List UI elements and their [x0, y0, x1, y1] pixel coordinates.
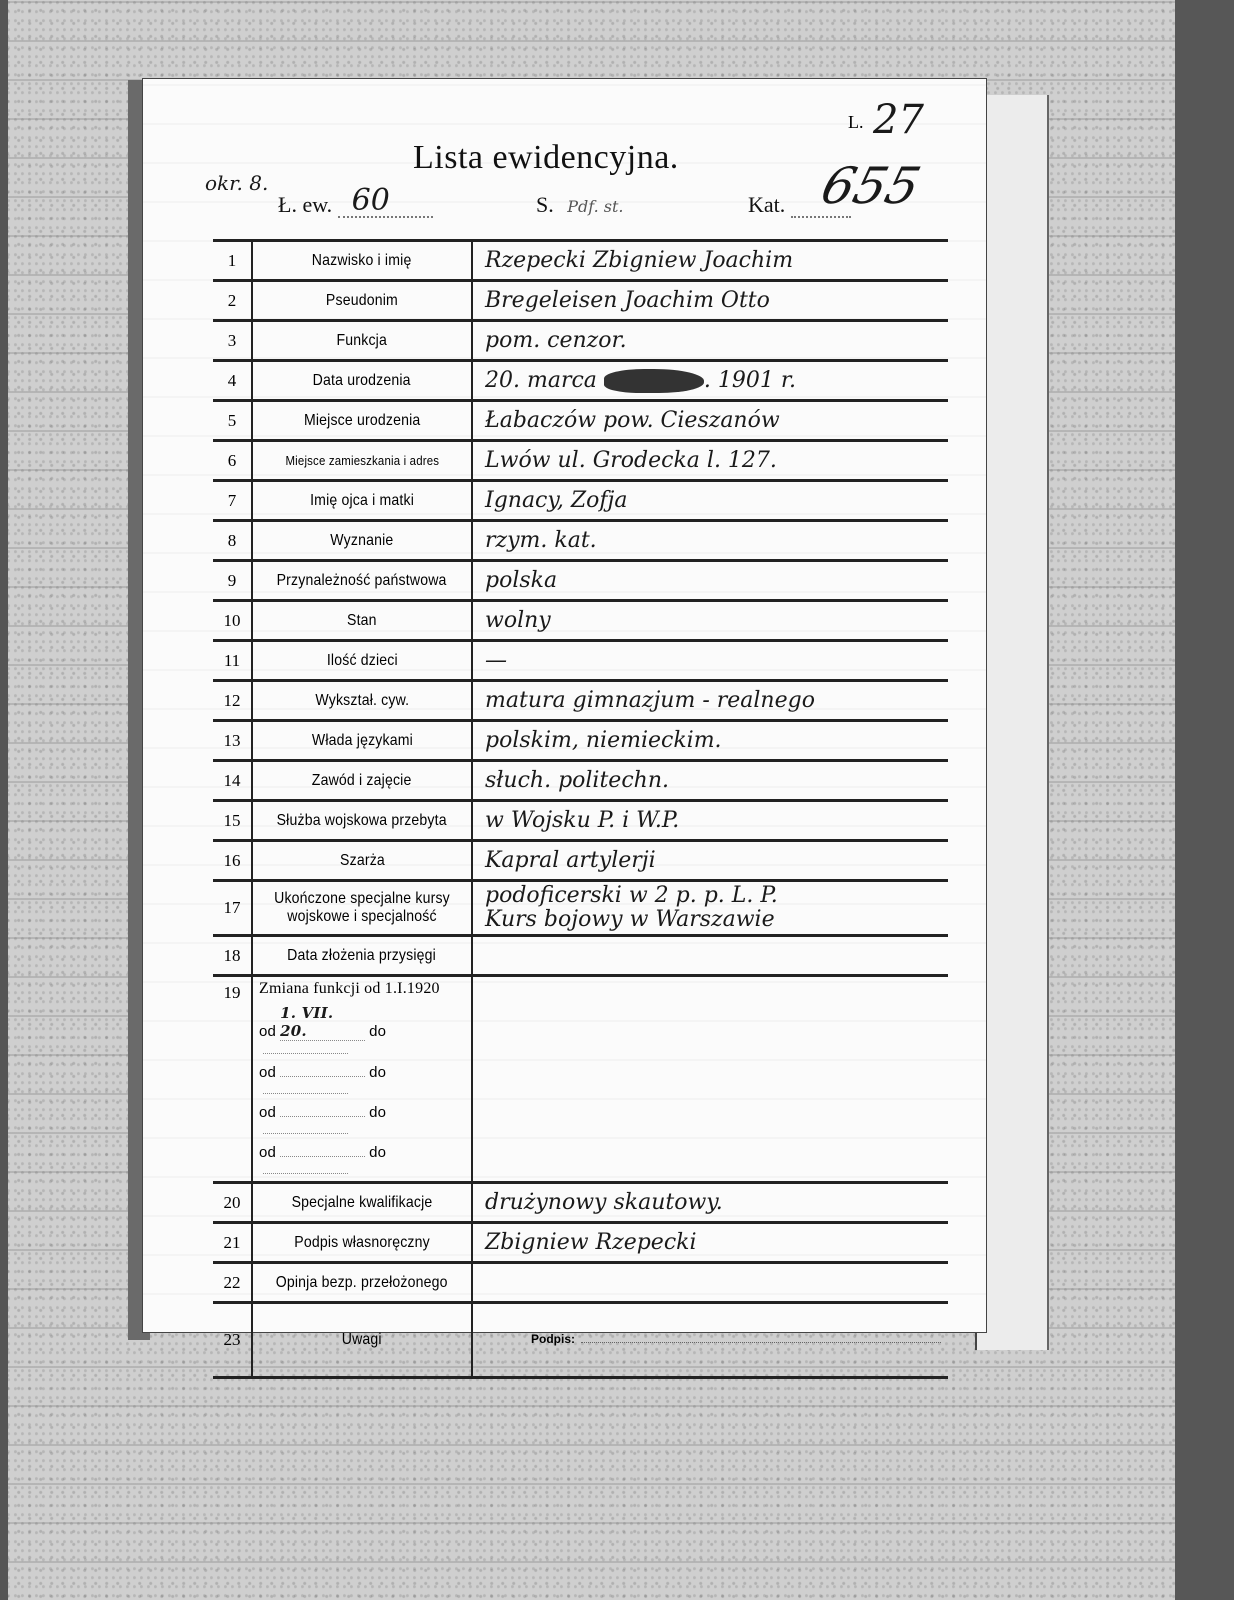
row-value: Bregeleisen Joachim Otto	[472, 281, 948, 321]
form-row: 1Nazwisko i imięRzepecki Zbigniew Joachi…	[213, 241, 948, 281]
row-label-text: Włada językami	[311, 732, 412, 750]
row-label-text: Służba wojskowa przebyta	[277, 812, 447, 830]
do-label: do	[369, 1023, 386, 1040]
row-number: 11	[213, 641, 252, 681]
do-label: do	[369, 1144, 386, 1161]
form-row: 7Imię ojca i matkiIgnacy, Zofja	[213, 481, 948, 521]
row-number: 12	[213, 681, 252, 721]
row-label: Podpis własnoręczny	[252, 1223, 472, 1263]
row-label: Wykształ. cyw.	[252, 681, 472, 721]
row-label: Stan	[252, 601, 472, 641]
value-line: Kurs bojowy w Warszawie	[485, 908, 948, 932]
row-label: Zmiana funkcji od 1.I.1920od1. VII. 20.d…	[252, 976, 472, 1183]
row-label-text: Wyznanie	[330, 532, 393, 550]
row-number: 7	[213, 481, 252, 521]
row-label-text: Data urodzenia	[313, 372, 411, 390]
row-value: podoficerski w 2 p. p. L. P.Kurs bojowy …	[472, 881, 948, 936]
period-row: od1. VII. 20.do	[253, 1001, 471, 1061]
form-row: 5Miejsce urodzeniaŁabaczów pow. Cieszanó…	[213, 401, 948, 441]
row-number: 20	[213, 1183, 252, 1223]
row-number: 10	[213, 601, 252, 641]
row-label: Włada językami	[252, 721, 472, 761]
row-label: Ilość dzieci	[252, 641, 472, 681]
row-value: słuch. politechn.	[472, 761, 948, 801]
record-sheet: L. 27 Lista ewidencyjna. okr. 8. Ł. ew. …	[142, 78, 987, 1333]
form-row: 8Wyznanierzym. kat.	[213, 521, 948, 561]
row-number: 6	[213, 441, 252, 481]
row-value: —	[472, 641, 948, 681]
row-label: Służba wojskowa przebyta	[252, 801, 472, 841]
period-row: oddo	[253, 1061, 471, 1101]
row-value: wolny	[472, 601, 948, 641]
row-value: w Wojsku P. i W.P.	[472, 801, 948, 841]
row-number: 3	[213, 321, 252, 361]
lew-label: Ł. ew.	[278, 192, 332, 217]
row-label-text: Miejsce zamieszkania i adres	[285, 453, 439, 468]
row-number: 9	[213, 561, 252, 601]
row-label: Imię ojca i matki	[252, 481, 472, 521]
row-value	[472, 936, 948, 976]
row-label-text: Uwagi	[342, 1331, 382, 1349]
row-label-text: Szarża	[340, 852, 385, 870]
l-value: 27	[873, 97, 924, 143]
row-label: Specjalne kwalifikacje	[252, 1183, 472, 1223]
form-row: 6Miejsce zamieszkania i adresLwów ul. Gr…	[213, 441, 948, 481]
row-label: Zawód i zajęcie	[252, 761, 472, 801]
row-label-text: Nazwisko i imię	[312, 252, 412, 270]
od-label: od	[259, 1064, 276, 1081]
form-row: 10Stanwolny	[213, 601, 948, 641]
row-label-text: Ukończone specjalne kursy wojskowe i spe…	[274, 890, 450, 926]
signature-label: Podpis:	[531, 1332, 575, 1346]
record-table: 1Nazwisko i imięRzepecki Zbigniew Joachi…	[213, 239, 948, 1379]
row-value: Zbigniew Rzepecki	[472, 1223, 948, 1263]
row-number: 5	[213, 401, 252, 441]
row-label-text: Stan	[347, 612, 377, 630]
row-label-text: Data złożenia przysięgi	[288, 947, 437, 965]
row-value: Łabaczów pow. Cieszanów	[472, 401, 948, 441]
row-label-text: Opinja bezp. przełożonego	[276, 1274, 448, 1292]
form-row: 11Ilość dzieci—	[213, 641, 948, 681]
row-number: 2	[213, 281, 252, 321]
kat-label: Kat.	[748, 192, 785, 217]
do-label: do	[369, 1064, 386, 1081]
row-value: polskim, niemieckim.	[472, 721, 948, 761]
od-value: 1. VII. 20.	[280, 1004, 365, 1041]
row-label-text: Miejsce urodzenia	[304, 412, 420, 430]
row-label-text: Podpis własnoręczny	[294, 1234, 430, 1252]
od-label: od	[259, 1104, 276, 1121]
row-number: 14	[213, 761, 252, 801]
form-row: 14Zawód i zajęciesłuch. politechn.	[213, 761, 948, 801]
row-number: 17	[213, 881, 252, 936]
row-value: Ignacy, Zofja	[472, 481, 948, 521]
period-heading: Zmiana funkcji od 1.I.1920	[253, 977, 471, 1001]
row-value	[472, 976, 948, 1183]
scan-shadow	[1175, 0, 1234, 1600]
od-value	[280, 1156, 365, 1157]
row-number: 22	[213, 1263, 252, 1303]
row-label-text: Pseudonim	[326, 292, 398, 310]
value-part: . 1901 r.	[704, 368, 796, 393]
row-label: Uwagi	[252, 1303, 472, 1378]
lew-field: Ł. ew. 60	[278, 192, 433, 218]
row-label: Data złożenia przysięgi	[252, 936, 472, 976]
do-value	[263, 1133, 348, 1134]
form-row: 9Przynależność państwowapolska	[213, 561, 948, 601]
do-value	[263, 1093, 348, 1094]
do-value	[263, 1053, 348, 1054]
form-row: 18Data złożenia przysięgi	[213, 936, 948, 976]
row-label-text: Wykształ. cyw.	[315, 692, 409, 710]
scan-edge	[0, 0, 8, 1600]
lew-value: 60	[352, 183, 390, 218]
s-label: S.	[536, 192, 554, 217]
row-label: Miejsce zamieszkania i adres	[252, 441, 472, 481]
row-value: polska	[472, 561, 948, 601]
row-number: 4	[213, 361, 252, 401]
period-row: oddo	[253, 1101, 471, 1141]
row-label-text: Ilość dzieci	[327, 652, 398, 670]
row-number: 15	[213, 801, 252, 841]
row-label-text: Przynależność państwowa	[277, 572, 447, 590]
row-value: Lwów ul. Grodecka l. 127.	[472, 441, 948, 481]
row-number: 1	[213, 241, 252, 281]
row-number: 8	[213, 521, 252, 561]
row-value: pom. cenzor.	[472, 321, 948, 361]
row-value: rzym. kat.	[472, 521, 948, 561]
row-number: 13	[213, 721, 252, 761]
row-number: 18	[213, 936, 252, 976]
l-label: L.	[848, 112, 864, 133]
redaction-blot	[604, 369, 704, 393]
row-label: Opinja bezp. przełożonego	[252, 1263, 472, 1303]
page-title: Lista ewidencyjna.	[413, 139, 679, 177]
kat-value: 655	[815, 157, 926, 215]
footer-signature: Podpis:	[531, 1332, 941, 1346]
form-row: 4Data urodzenia20. marca . 1901 r.	[213, 361, 948, 401]
row-value: matura gimnazjum - realnego	[472, 681, 948, 721]
value-part: 20. marca	[485, 368, 597, 393]
period-row: oddo	[253, 1141, 471, 1181]
s-value: Pdf. st.	[567, 197, 623, 216]
row-number: 23	[213, 1303, 252, 1378]
od-label: od	[259, 1023, 276, 1040]
row-label: Ukończone specjalne kursy wojskowe i spe…	[252, 881, 472, 936]
s-field: S. Pdf. st.	[536, 192, 624, 218]
row-label: Miejsce urodzenia	[252, 401, 472, 441]
row-label-text: Funkcja	[337, 332, 388, 350]
row-label: Przynależność państwowa	[252, 561, 472, 601]
value-line: podoficerski w 2 p. p. L. P.	[485, 884, 948, 908]
margin-note: okr. 8.	[205, 171, 268, 195]
row-label-text: Imię ojca i matki	[310, 492, 414, 510]
row-label-text: Specjalne kwalifikacje	[292, 1194, 433, 1212]
form-row: 3Funkcjapom. cenzor.	[213, 321, 948, 361]
form-row: 17Ukończone specjalne kursy wojskowe i s…	[213, 881, 948, 936]
row-value: Kapral artylerji	[472, 841, 948, 881]
row-value	[472, 1263, 948, 1303]
form-row: 2PseudonimBregeleisen Joachim Otto	[213, 281, 948, 321]
form-row: 21Podpis własnoręcznyZbigniew Rzepecki	[213, 1223, 948, 1263]
form-row: 13Włada językamipolskim, niemieckim.	[213, 721, 948, 761]
row-label-text: Zawód i zajęcie	[312, 772, 412, 790]
row-label: Nazwisko i imię	[252, 241, 472, 281]
row-value: drużynowy skautowy.	[472, 1183, 948, 1223]
row-label: Wyznanie	[252, 521, 472, 561]
od-value	[280, 1076, 365, 1077]
row-value: 20. marca . 1901 r.	[472, 361, 948, 401]
row-label: Pseudonim	[252, 281, 472, 321]
form-row: 20Specjalne kwalifikacjedrużynowy skauto…	[213, 1183, 948, 1223]
form-row: 15Służba wojskowa przebytaw Wojsku P. i …	[213, 801, 948, 841]
form-row: 12Wykształ. cyw.matura gimnazjum - realn…	[213, 681, 948, 721]
row-label: Szarża	[252, 841, 472, 881]
form-row: 22Opinja bezp. przełożonego	[213, 1263, 948, 1303]
do-value	[263, 1173, 348, 1174]
row-value: Rzepecki Zbigniew Joachim	[472, 241, 948, 281]
signature-line	[581, 1342, 941, 1343]
row-label: Funkcja	[252, 321, 472, 361]
row-label: Data urodzenia	[252, 361, 472, 401]
do-label: do	[369, 1104, 386, 1121]
od-label: od	[259, 1144, 276, 1161]
od-value	[280, 1116, 365, 1117]
row-number: 21	[213, 1223, 252, 1263]
form-row: 16SzarżaKapral artylerji	[213, 841, 948, 881]
row-number: 16	[213, 841, 252, 881]
form-row: 19Zmiana funkcji od 1.I.1920od1. VII. 20…	[213, 976, 948, 1183]
row-number: 19	[213, 976, 252, 1183]
